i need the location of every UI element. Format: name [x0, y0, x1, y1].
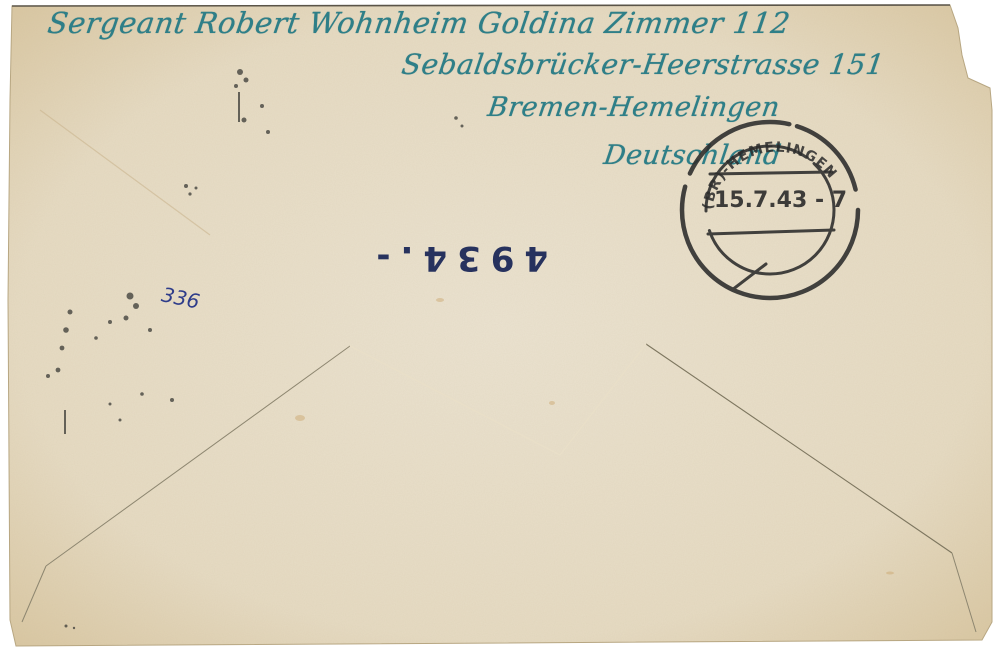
sender-address-line-1: Sergeant Robert Wohnheim Goldina Zimmer … [46, 6, 793, 40]
postmark-date-value: 15.7.43 [714, 188, 807, 213]
postmark-separator: - [815, 188, 824, 213]
postmark-date: 15.7.43 - 7 [714, 188, 847, 213]
postmark-time: 7 [832, 188, 847, 213]
envelope-photo: Sergeant Robert Wohnheim Goldina Zimmer … [0, 0, 998, 650]
sender-address-line-2: Sebaldsbrücker-Heerstrasse 151 [400, 48, 887, 81]
registration-number: 4934.- [318, 236, 548, 280]
